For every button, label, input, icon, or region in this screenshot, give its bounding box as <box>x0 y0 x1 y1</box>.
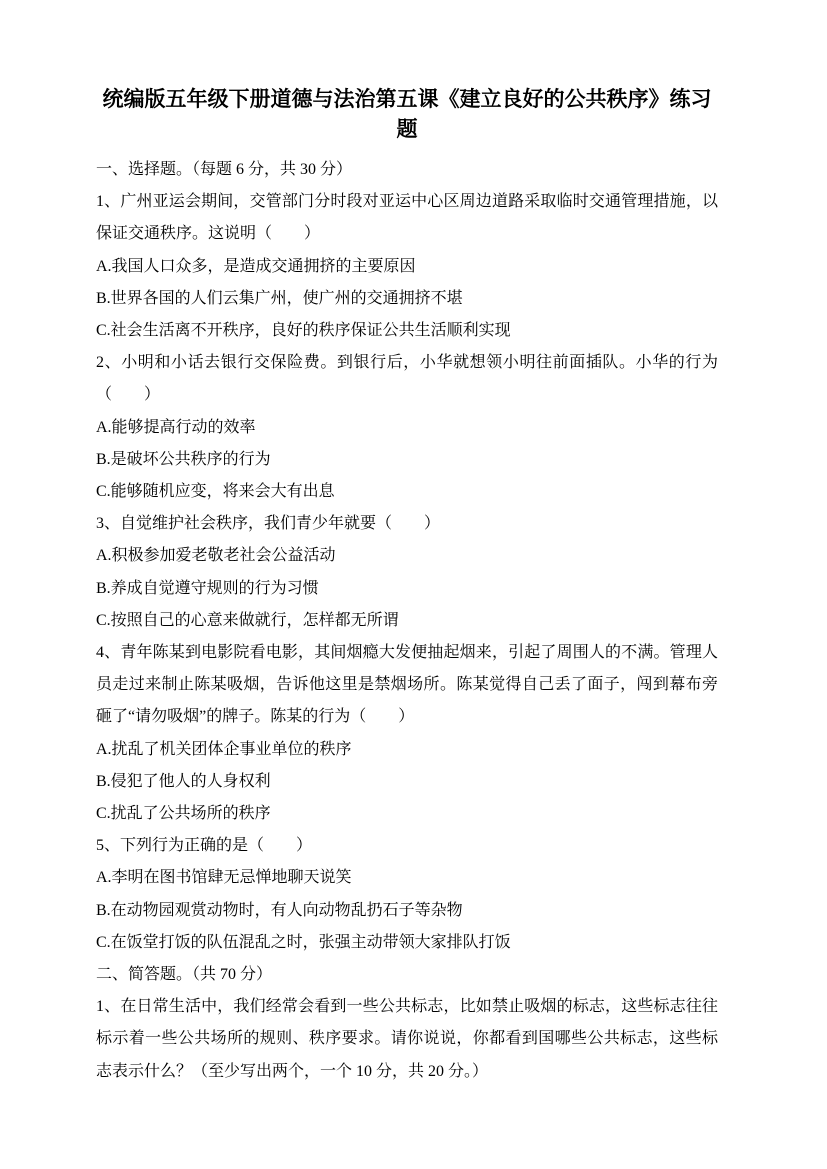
choice-q5-option-b: B.在动物园观赏动物时，有人向动物乱扔石子等杂物 <box>96 895 718 927</box>
short-answer-q1-stem: 1、在日常生活中，我们经常会看到一些公共标志，比如禁止吸烟的标志，这些标志往往标… <box>96 991 718 1088</box>
choice-q4-option-c: C.扰乱了公共场所的秩序 <box>96 798 718 830</box>
choice-q4-option-b: B.侵犯了他人的人身权利 <box>96 766 718 798</box>
section-choice-heading: 一、选择题。（每题 6 分，共 30 分） <box>96 154 718 186</box>
choice-q2-option-a: A.能够提高行动的效率 <box>96 412 718 444</box>
choice-q1-option-c: C.社会生活离不开秩序，良好的秩序保证公共生活顺利实现 <box>96 315 718 347</box>
choice-q2-stem: 2、小明和小话去银行交保险费。到银行后，小华就想领小明往前面插队。小华的行为（ … <box>96 347 718 411</box>
worksheet-page: 统编版五年级下册道德与法治第五课《建立良好的公共秩序》练习题 一、选择题。（每题… <box>0 0 827 1169</box>
choice-q3-stem: 3、自觉维护社会秩序，我们青少年就要（ ） <box>96 508 718 540</box>
choice-q3-option-a: A.积极参加爱老敬老社会公益活动 <box>96 540 718 572</box>
worksheet-content: 统编版五年级下册道德与法治第五课《建立良好的公共秩序》练习题 一、选择题。（每题… <box>96 84 718 1088</box>
choice-q1-option-a: A.我国人口众多，是造成交通拥挤的主要原因 <box>96 251 718 283</box>
choice-q3-option-b: B.养成自觉遵守规则的行为习惯 <box>96 573 718 605</box>
section-short-answer-heading: 二、简答题。（共 70 分） <box>96 959 718 991</box>
choice-q5-option-c: C.在饭堂打饭的队伍混乱之时，张强主动带领大家排队打饭 <box>96 927 718 959</box>
choice-q2-option-b: B.是破坏公共秩序的行为 <box>96 444 718 476</box>
choice-q2-option-c: C.能够随机应变，将来会大有出息 <box>96 476 718 508</box>
choice-q5-stem: 5、下列行为正确的是（ ） <box>96 830 718 862</box>
choice-q4-stem: 4、青年陈某到电影院看电影，其间烟瘾大发便抽起烟来，引起了周围人的不满。管理人员… <box>96 637 718 734</box>
document-title: 统编版五年级下册道德与法治第五课《建立良好的公共秩序》练习题 <box>96 84 718 144</box>
choice-q5-option-a: A.李明在图书馆肆无忌惮地聊天说笑 <box>96 862 718 894</box>
choice-q1-option-b: B.世界各国的人们云集广州，使广州的交通拥挤不堪 <box>96 283 718 315</box>
choice-q3-option-c: C.按照自己的心意来做就行，怎样都无所谓 <box>96 605 718 637</box>
choice-q1-stem: 1、广州亚运会期间，交管部门分时段对亚运中心区周边道路采取临时交通管理措施，以保… <box>96 186 718 250</box>
choice-q4-option-a: A.扰乱了机关团体企事业单位的秩序 <box>96 734 718 766</box>
